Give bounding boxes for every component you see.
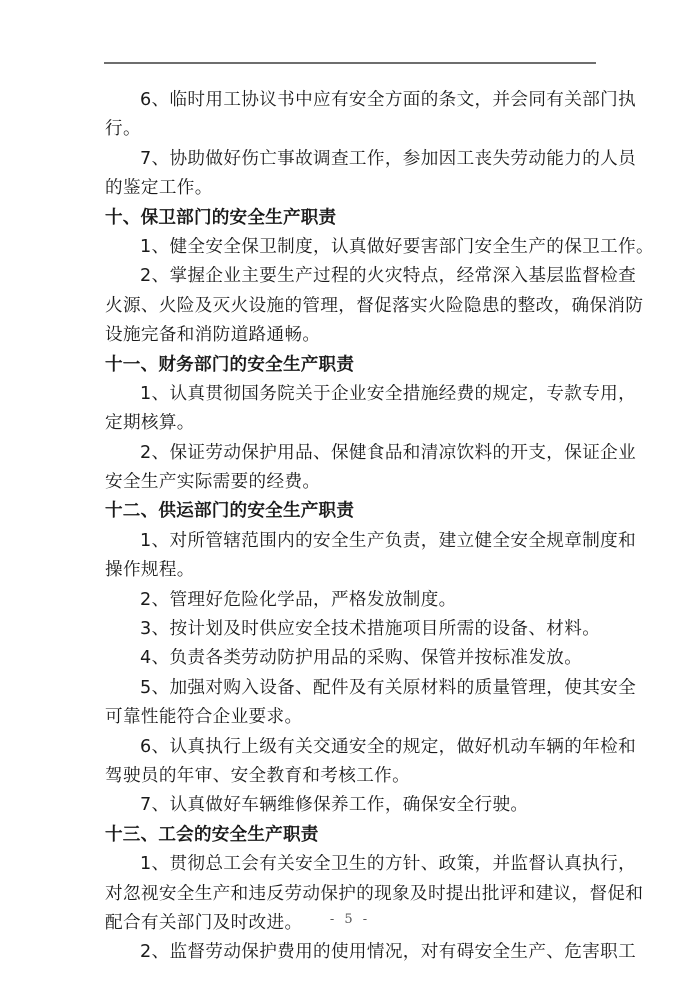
paragraph-line: 7、协助做好伤亡事故调查工作，参加因工丧失劳动能力的人员 [105, 145, 597, 174]
paragraph-line: 安全生产实际需要的经费。 [105, 468, 597, 497]
paragraph-line: 2、保证劳动保护用品、保健食品和清凉饮料的开支，保证企业 [105, 439, 597, 468]
paragraph-line: 4、负责各类劳动防护用品的采购、保管并按标准发放。 [105, 644, 597, 673]
paragraph-line: 2、管理好危险化学品，严格发放制度。 [105, 586, 597, 615]
page-number: - 5 - [0, 912, 700, 927]
paragraph-line: 可靠性能符合企业要求。 [105, 703, 597, 732]
header-rule [104, 62, 596, 64]
paragraph-line: 火源、火险及灭火设施的管理，督促落实火险隐患的整改，确保消防 [105, 292, 597, 321]
paragraph-line: 操作规程。 [105, 556, 597, 585]
paragraph-line: 2、监督劳动保护费用的使用情况，对有碍安全生产、危害职工 [105, 938, 597, 967]
paragraph-line: 1、对所管辖范围内的安全生产负责，建立健全安全规章制度和 [105, 527, 597, 556]
paragraph-line: 对忽视安全生产和违反劳动保护的现象及时提出批评和建议，督促和 [105, 880, 597, 909]
paragraph-line: 1、健全安全保卫制度，认真做好要害部门安全生产的保卫工作。 [105, 233, 597, 262]
paragraph-line: 的鉴定工作。 [105, 174, 597, 203]
paragraph-line: 行。 [105, 115, 597, 144]
section-heading: 十三、工会的安全生产职责 [105, 821, 597, 850]
paragraph-line: 6、认真执行上级有关交通安全的规定，做好机动车辆的年检和 [105, 733, 597, 762]
paragraph-line: 6、临时用工协议书中应有安全方面的条文，并会同有关部门执 [105, 86, 597, 115]
section-heading: 十一、财务部门的安全生产职责 [105, 351, 597, 380]
paragraph-line: 1、贯彻总工会有关安全卫生的方针、政策，并监督认真执行， [105, 850, 597, 879]
paragraph-line: 定期核算。 [105, 409, 597, 438]
paragraph-line: 2、掌握企业主要生产过程的火灾特点，经常深入基层监督检查 [105, 262, 597, 291]
paragraph-line: 设施完备和消防道路通畅。 [105, 321, 597, 350]
paragraph-line: 5、加强对购入设备、配件及有关原材料的质量管理，使其安全 [105, 674, 597, 703]
paragraph-line: 7、认真做好车辆维修保养工作，确保安全行驶。 [105, 791, 597, 820]
paragraph-line: 1、认真贯彻国务院关于企业安全措施经费的规定，专款专用， [105, 380, 597, 409]
document-body: 6、临时用工协议书中应有安全方面的条文，并会同有关部门执 行。 7、协助做好伤亡… [105, 86, 597, 968]
section-heading: 十二、供运部门的安全生产职责 [105, 497, 597, 526]
section-heading: 十、保卫部门的安全生产职责 [105, 204, 597, 233]
paragraph-line: 驾驶员的年审、安全教育和考核工作。 [105, 762, 597, 791]
paragraph-line: 3、按计划及时供应安全技术措施项目所需的设备、材料。 [105, 615, 597, 644]
